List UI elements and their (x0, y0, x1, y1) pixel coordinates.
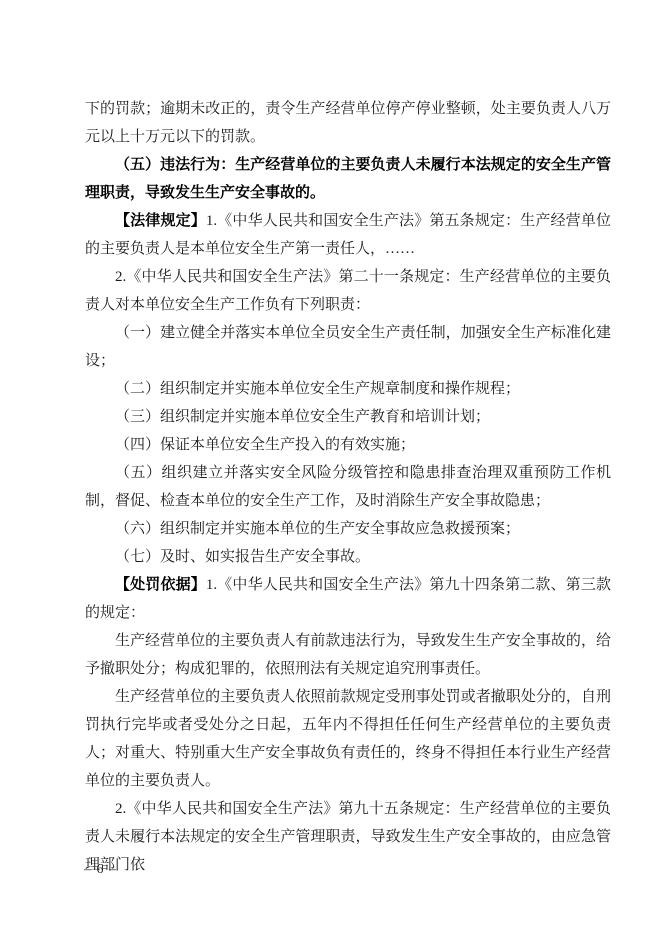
paragraph: （六）组织制定并实施本单位的生产安全事故应急救援预案； (85, 515, 611, 543)
paragraph: （一）建立健全并落实本单位全员安全生产责任制，加强安全生产标准化建设； (85, 319, 611, 375)
paragraph: 生产经营单位的主要负责人依照前款规定受刑事处罚或者撤职处分的，自刑罚执行完毕或者… (85, 683, 611, 795)
paragraph: 【处罚依据】1.《中华人民共和国安全生产法》第九十四条第二款、第三款的规定： (85, 571, 611, 627)
document-page: 下的罚款；逾期未改正的，责令生产经营单位停产停业整顿，处主要负责人八万元以上十万… (0, 0, 662, 936)
document-body: 下的罚款；逾期未改正的，责令生产经营单位停产停业整顿，处主要负责人八万元以上十万… (85, 95, 611, 879)
text-run: （四）保证本单位安全生产投入的有效实施； (115, 437, 415, 453)
paragraph: （五）违法行为：生产经营单位的主要负责人未履行本法规定的安全生产管理职责，导致发… (85, 151, 611, 207)
text-run: （三）组织制定并实施本单位安全生产教育和培训计划； (115, 409, 490, 425)
page-number: – 6 – (84, 860, 117, 880)
bold-text-run: 【处罚依据】 (115, 576, 206, 593)
paragraph: 【法律规定】1.《中华人民共和国安全生产法》第五条规定：生产经营单位的主要负责人… (85, 207, 611, 263)
paragraph: （二）组织制定并实施本单位安全生产规章制度和操作规程； (85, 375, 611, 403)
paragraph: （四）保证本单位安全生产投入的有效实施； (85, 431, 611, 459)
paragraph: 生产经营单位的主要负责人有前款违法行为，导致发生生产安全事故的，给予撤职处分；构… (85, 627, 611, 683)
text-run: （五）组织建立并落实安全风险分级管控和隐患排查治理双重预防工作机制，督促、检查本… (85, 465, 611, 509)
paragraph: 下的罚款；逾期未改正的，责令生产经营单位停产停业整顿，处主要负责人八万元以上十万… (85, 95, 611, 151)
paragraph: （三）组织制定并实施本单位安全生产教育和培训计划； (85, 403, 611, 431)
text-run: （一）建立健全并落实本单位全员安全生产责任制，加强安全生产标准化建设； (85, 325, 611, 369)
text-run: （二）组织制定并实施本单位安全生产规章制度和操作规程； (115, 381, 520, 397)
text-run: 生产经营单位的主要负责人依照前款规定受刑事处罚或者撤职处分的，自刑罚执行完毕或者… (85, 689, 611, 789)
paragraph: 2.《中华人民共和国安全生产法》第二十一条规定：生产经营单位的主要负责人对本单位… (85, 263, 611, 319)
paragraph: 2.《中华人民共和国安全生产法》第九十五条规定：生产经营单位的主要负责人未履行本… (85, 795, 611, 879)
text-run: （六）组织制定并实施本单位的生产安全事故应急救援预案； (115, 521, 520, 537)
text-run: （七）及时、如实报告生产安全事故。 (115, 549, 370, 565)
text-run: 2.《中华人民共和国安全生产法》第二十一条规定：生产经营单位的主要负责人对本单位… (85, 269, 611, 313)
bold-text-run: 【法律规定】 (115, 212, 206, 229)
bold-text-run: （五）违法行为：生产经营单位的主要负责人未履行本法规定的安全生产管理职责，导致发… (85, 156, 611, 201)
text-run: 生产经营单位的主要负责人有前款违法行为，导致发生生产安全事故的，给予撤职处分；构… (85, 633, 611, 677)
text-run: 2.《中华人民共和国安全生产法》第九十五条规定：生产经营单位的主要负责人未履行本… (85, 801, 611, 873)
paragraph: （七）及时、如实报告生产安全事故。 (85, 543, 611, 571)
paragraph: （五）组织建立并落实安全风险分级管控和隐患排查治理双重预防工作机制，督促、检查本… (85, 459, 611, 515)
text-run: 下的罚款；逾期未改正的，责令生产经营单位停产停业整顿，处主要负责人八万元以上十万… (85, 101, 611, 145)
